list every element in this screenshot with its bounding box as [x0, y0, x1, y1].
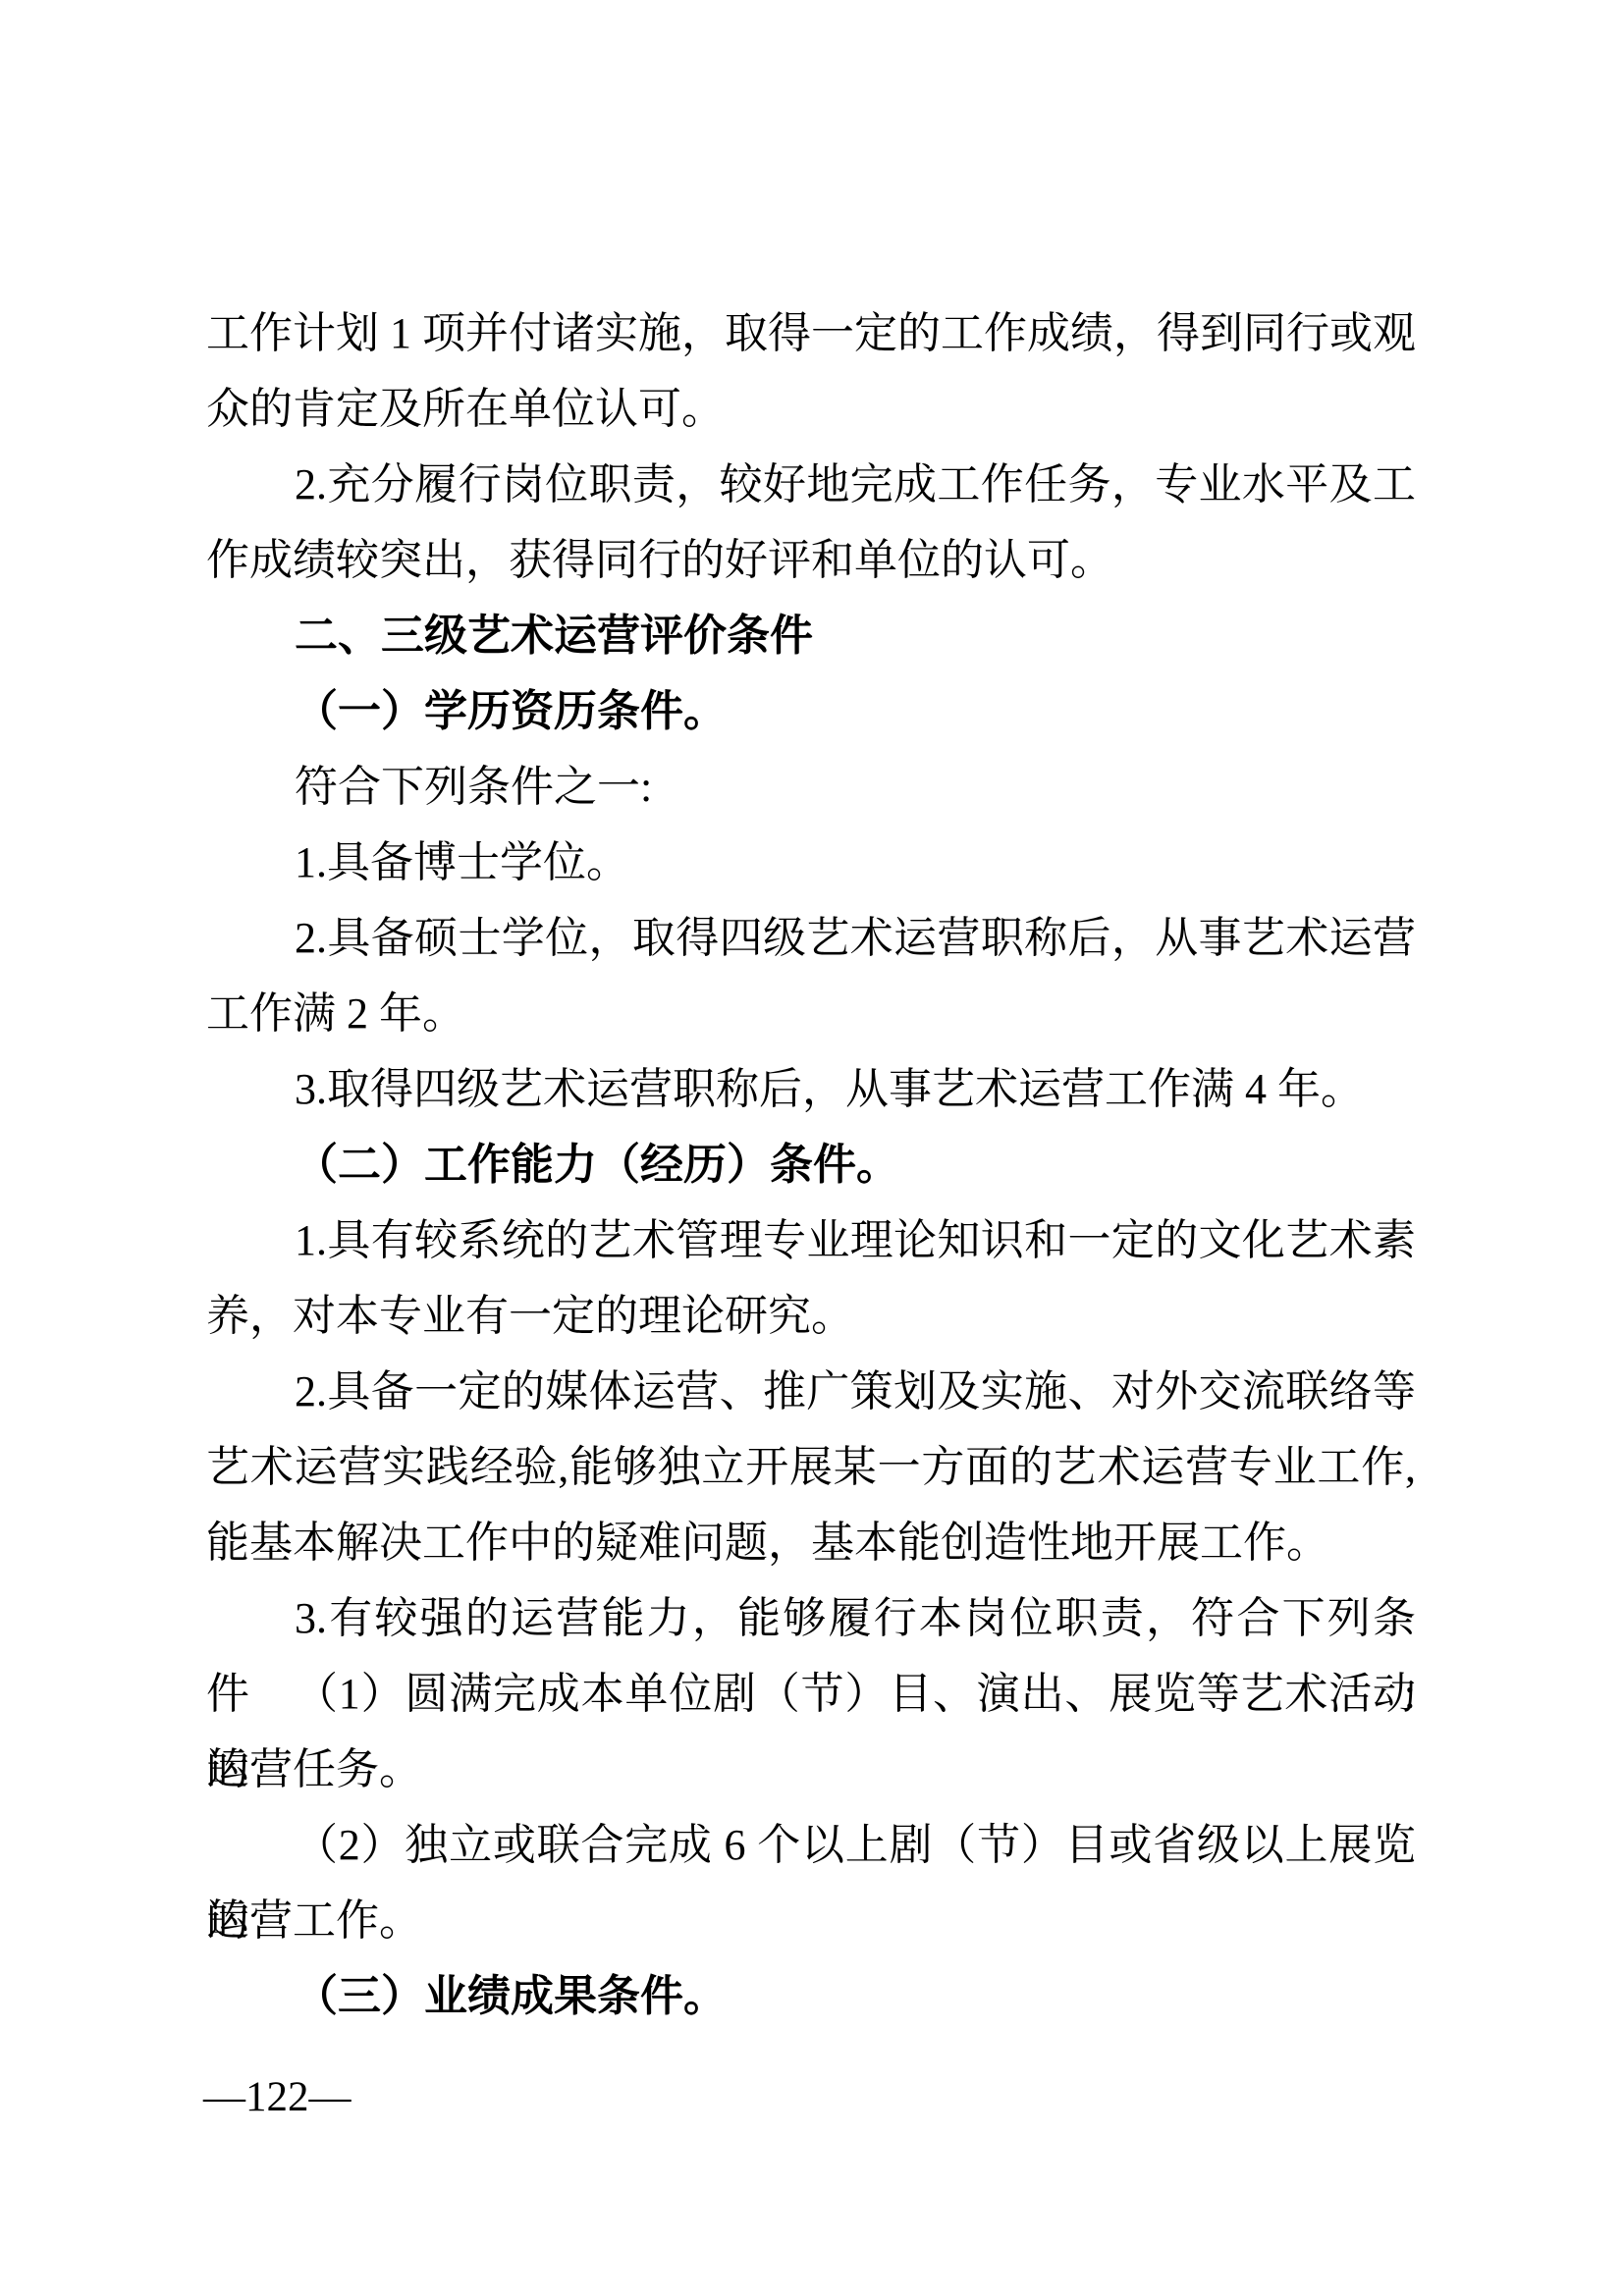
list-item-line: 3.有较强的运营能力，能够履行本岗位职责，符合下列条件:: [206, 1580, 1416, 1656]
subsection-heading-1: （一）学历资历条件。: [206, 673, 1416, 749]
paragraph-line: 能基本解决工作中的疑难问题，基本能创造性地开展工作。: [206, 1505, 1416, 1580]
list-item-line: 3.取得四级艺术运营职称后，从事艺术运营工作满 4 年。: [206, 1051, 1416, 1127]
list-item-line: 2.具备硕士学位，取得四级艺术运营职称后，从事艺术运营: [206, 900, 1416, 976]
subsection-heading-2: （二）工作能力（经历）条件。: [206, 1127, 1416, 1202]
page-number: —122—: [203, 2073, 352, 2122]
paragraph-line: 作成绩较突出，获得同行的好评和单位的认可。: [206, 522, 1416, 598]
sub-list-item-line: （1）圆满完成本单位剧（节）目、演出、展览等艺术活动的: [206, 1656, 1416, 1732]
subsection-heading-3: （三）业绩成果条件。: [206, 1958, 1416, 2034]
list-item-line: 2.具备一定的媒体运营、推广策划及实施、对外交流联络等: [206, 1354, 1416, 1429]
paragraph-line: 养，对本专业有一定的理论研究。: [206, 1278, 1416, 1354]
list-item-line: 1.具备博士学位。: [206, 825, 1416, 900]
paragraph-line: 众的肯定及所在单位认可。: [206, 371, 1416, 447]
paragraph-continuation-line: 工作计划 1 项并付诸实施，取得一定的工作成绩，得到同行或观: [206, 295, 1416, 371]
paragraph-line: 符合下列条件之一:: [206, 749, 1416, 825]
section-heading: 二、三级艺术运营评价条件: [206, 598, 1416, 673]
paragraph-line: 艺术运营实践经验,能够独立开展某一方面的艺术运营专业工作,: [206, 1429, 1416, 1505]
paragraph-line: 2.充分履行岗位职责，较好地完成工作任务，专业水平及工: [206, 447, 1416, 522]
paragraph-line: 运营任务。: [206, 1732, 1416, 1807]
document-page: 工作计划 1 项并付诸实施，取得一定的工作成绩，得到同行或观 众的肯定及所在单位…: [0, 0, 1623, 2296]
list-item-line: 1.具有较系统的艺术管理专业理论知识和一定的文化艺术素: [206, 1202, 1416, 1278]
sub-list-item-line: （2）独立或联合完成 6 个以上剧（节）目或省级以上展览的: [206, 1807, 1416, 1883]
document-body: 工作计划 1 项并付诸实施，取得一定的工作成绩，得到同行或观 众的肯定及所在单位…: [206, 295, 1416, 2034]
paragraph-line: 运营工作。: [206, 1883, 1416, 1958]
paragraph-line: 工作满 2 年。: [206, 976, 1416, 1051]
